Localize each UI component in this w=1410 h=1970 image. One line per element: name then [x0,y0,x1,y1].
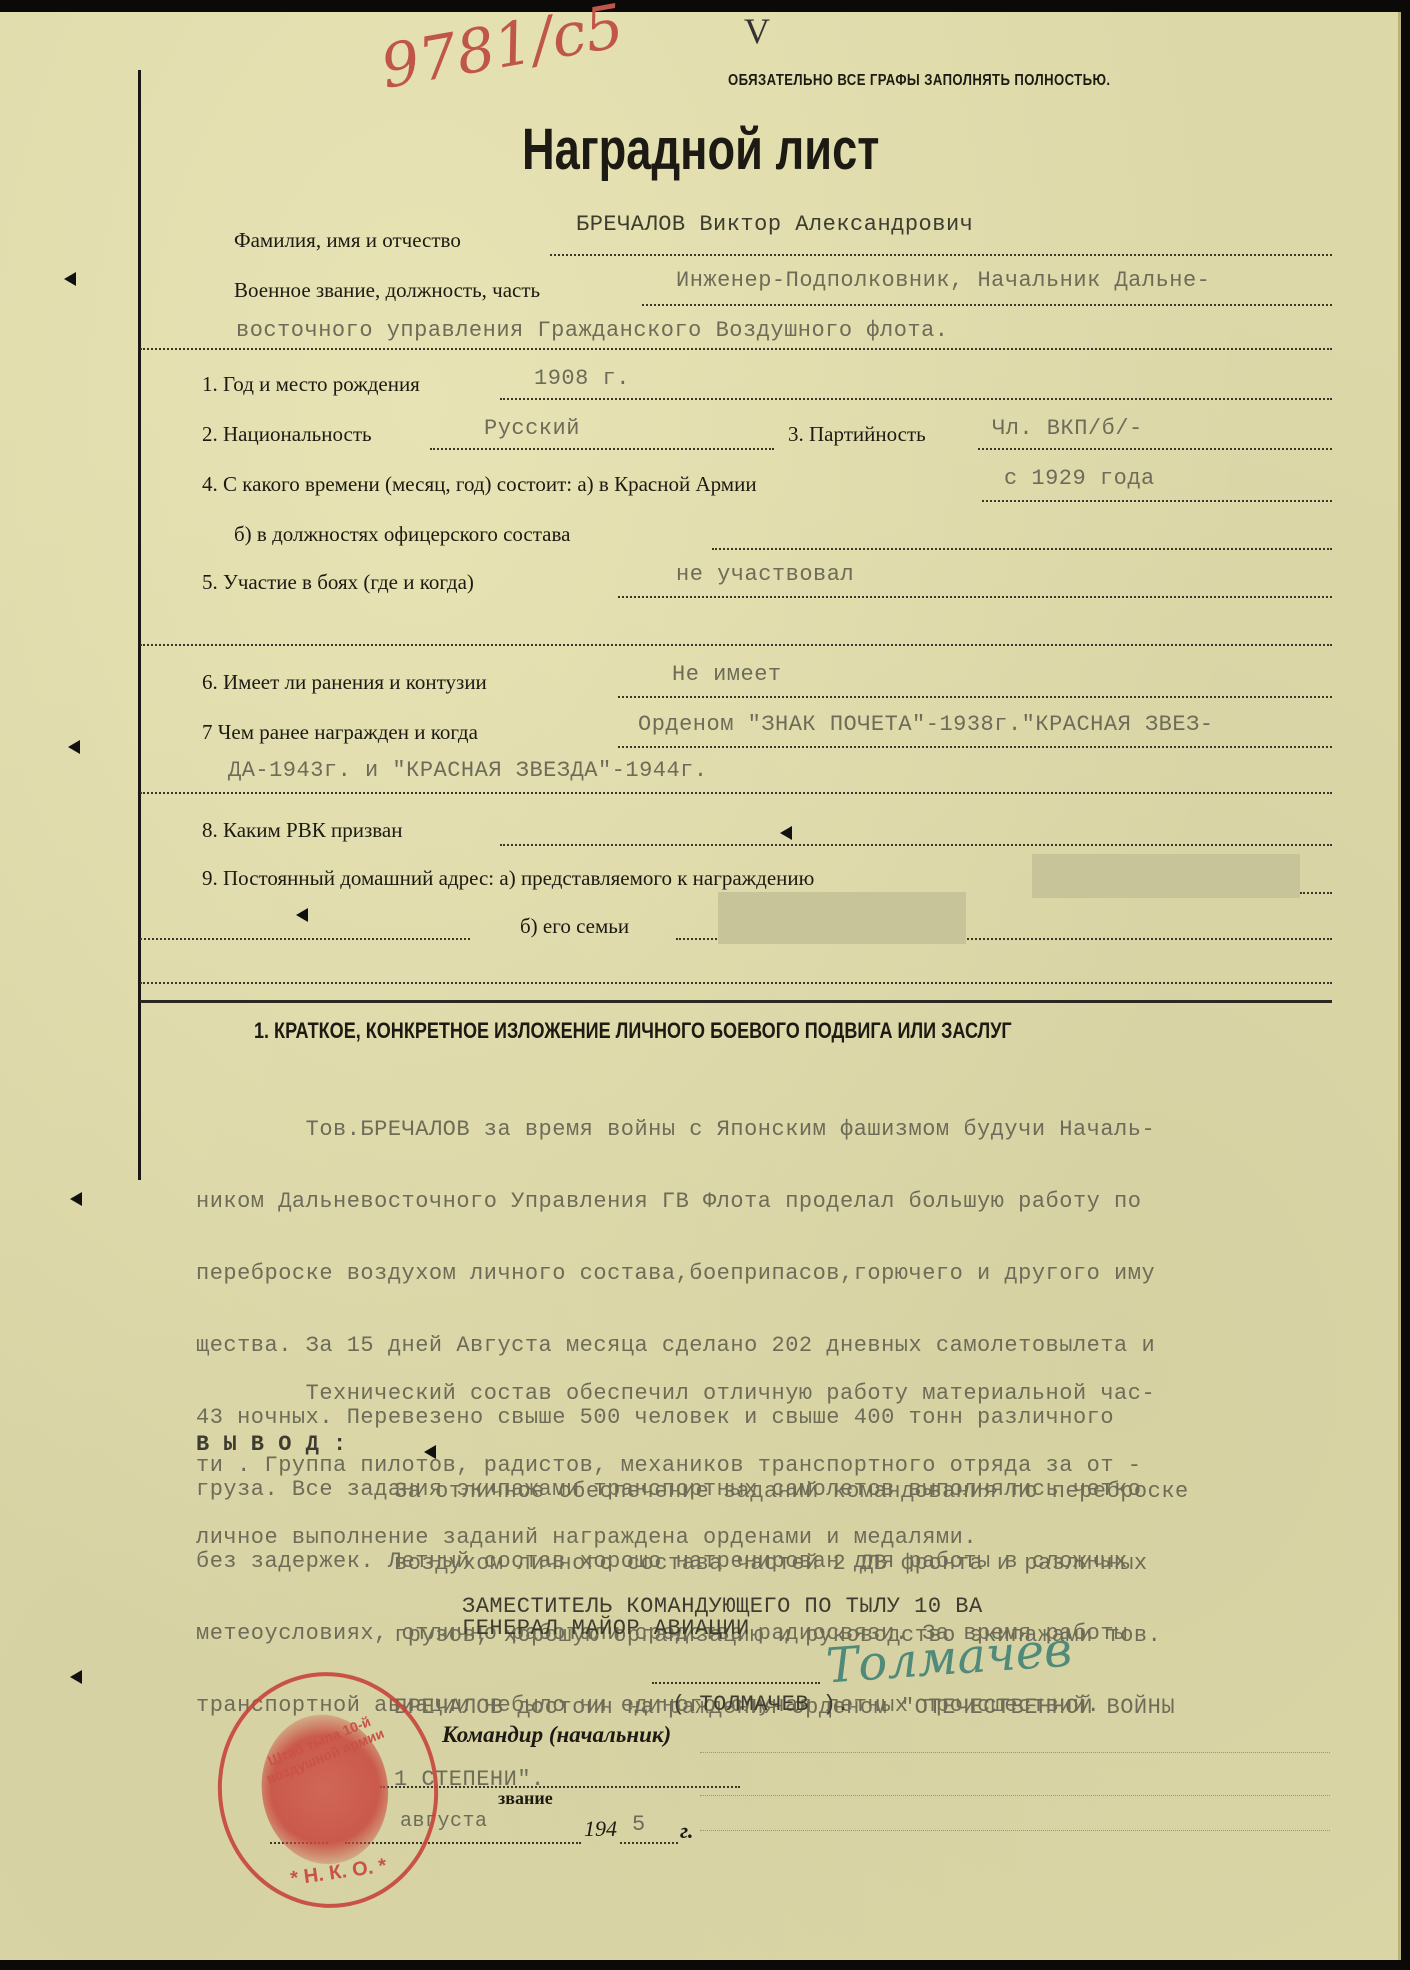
date-g: г. [680,1818,693,1844]
merit-line: Технический состав обеспечил отличную ра… [196,1382,1155,1406]
address-a-label: 9. Постоянный домашний адрес: а) предста… [202,866,814,891]
birth-label: 1. Год и место рождения [202,372,420,397]
combat-value: не участвовал [676,562,854,587]
officer-since-line [712,548,1332,550]
signatory-name: ( ТОЛМАЧЕВ ). [672,1692,850,1717]
conclusion-label: В Ы В О Д : [196,1432,347,1457]
merit-line: переброске воздухом личного состава,боеп… [196,1262,1155,1286]
commander-label: Командир (начальник) [442,1722,671,1748]
service-since-label: 4. С какого времени (месяц, год) состоит… [202,472,757,497]
binding-hole [70,1670,82,1684]
combat-line [618,596,1332,598]
party-value: Чл. ВКП/б/- [992,416,1143,441]
redacted-address-b [718,892,966,944]
rank-line [642,304,1332,306]
name-value: БРЕЧАЛОВ Виктор Александрович [576,212,973,237]
awards-value-line1: Орденом "ЗНАК ПОЧЕТА"-1938г."КРАСНАЯ ЗВЕ… [638,712,1214,737]
combat-label: 5. Участие в боях (где и когда) [202,570,474,595]
service-since-line [982,500,1332,502]
birth-line [500,398,1332,400]
date-year-line [620,1842,678,1844]
page-title: Наградной лист [522,116,879,183]
awards-label: 7 Чем ранее награжден и когда [202,720,478,745]
faint-rule [700,1752,1330,1753]
binding-hole [64,272,76,286]
wounds-label: 6. Имеет ли ранения и контузии [202,670,487,695]
binding-hole [70,1192,82,1206]
date-year-suffix: 5 [632,1812,646,1837]
merit-line: Тов.БРЕЧАЛОВ за время войны с Японским ф… [196,1118,1155,1142]
awards-line-2 [140,792,1332,794]
rvk-line [500,844,1332,846]
award-sheet-page: 9781/с5 V ОБЯЗАТЕЛЬНО ВСЕ ГРАФЫ ЗАПОЛНЯТ… [0,12,1401,1960]
nationality-label: 2. Национальность [202,422,372,447]
address-line-2 [140,982,1332,984]
awards-line [618,746,1332,748]
check-mark: V [744,10,770,52]
section-divider [140,1000,1332,1003]
address-b-label: б) его семьи [520,914,629,939]
awards-value-line2: ДА-1943г. и "КРАСНАЯ ЗВЕЗДА"-1944г. [228,758,708,783]
rank-label: Военное звание, должность, часть [234,278,540,303]
conclusion-line: За отличное обеспечение заданий командов… [394,1480,1189,1504]
binding-hole [68,740,80,754]
signature-line [652,1682,820,1684]
nationality-line [430,448,774,450]
archive-mark: 9781/с5 [376,0,629,103]
date-year-prefix: 194 [584,1816,617,1842]
officer-since-label: б) в должностях офицерского состава [234,522,570,547]
faint-rule [700,1795,1330,1796]
party-label: 3. Партийность [788,422,926,447]
section1-heading: 1. КРАТКОЕ, КОНКРЕТНОЕ ИЗЛОЖЕНИЕ ЛИЧНОГО… [254,1018,1012,1044]
conclusion-line: воздухом личного состава частей 2 ДВ фро… [394,1552,1189,1576]
nationality-value: Русский [484,416,580,441]
combat-line-2 [140,644,1332,646]
redacted-address-a [1032,854,1300,898]
wounds-value: Не имеет [672,662,782,687]
rank-value-line2: восточного управления Гражданского Возду… [236,318,949,343]
wounds-line [618,696,1332,698]
binding-hole [780,826,792,840]
signatory-title-2: ГЕНЕРАЛ МАЙОР АВИАЦИИ [462,1616,750,1641]
rank-caption: звание [498,1788,553,1809]
name-line [550,254,1332,256]
rvk-label: 8. Каким РВК призван [202,818,402,843]
birth-value: 1908 г. [534,366,630,391]
faint-rule [700,1830,1330,1831]
service-since-value: с 1929 года [1004,466,1155,491]
address-b-lead-line [140,938,470,940]
rank-line-2 [140,348,1332,350]
rank-value-line1: Инженер-Подполковник, Начальник Дальне- [676,268,1210,293]
address-a-line [1300,892,1332,894]
party-line [978,448,1332,450]
binding-hole [296,908,308,922]
instruction-text: ОБЯЗАТЕЛЬНО ВСЕ ГРАФЫ ЗАПОЛНЯТЬ ПОЛНОСТЬ… [728,72,1110,90]
merit-line: ником Дальневосточного Управления ГВ Фло… [196,1190,1155,1214]
form-left-border [138,70,141,1180]
name-label: Фамилия, имя и отчество [234,228,461,253]
